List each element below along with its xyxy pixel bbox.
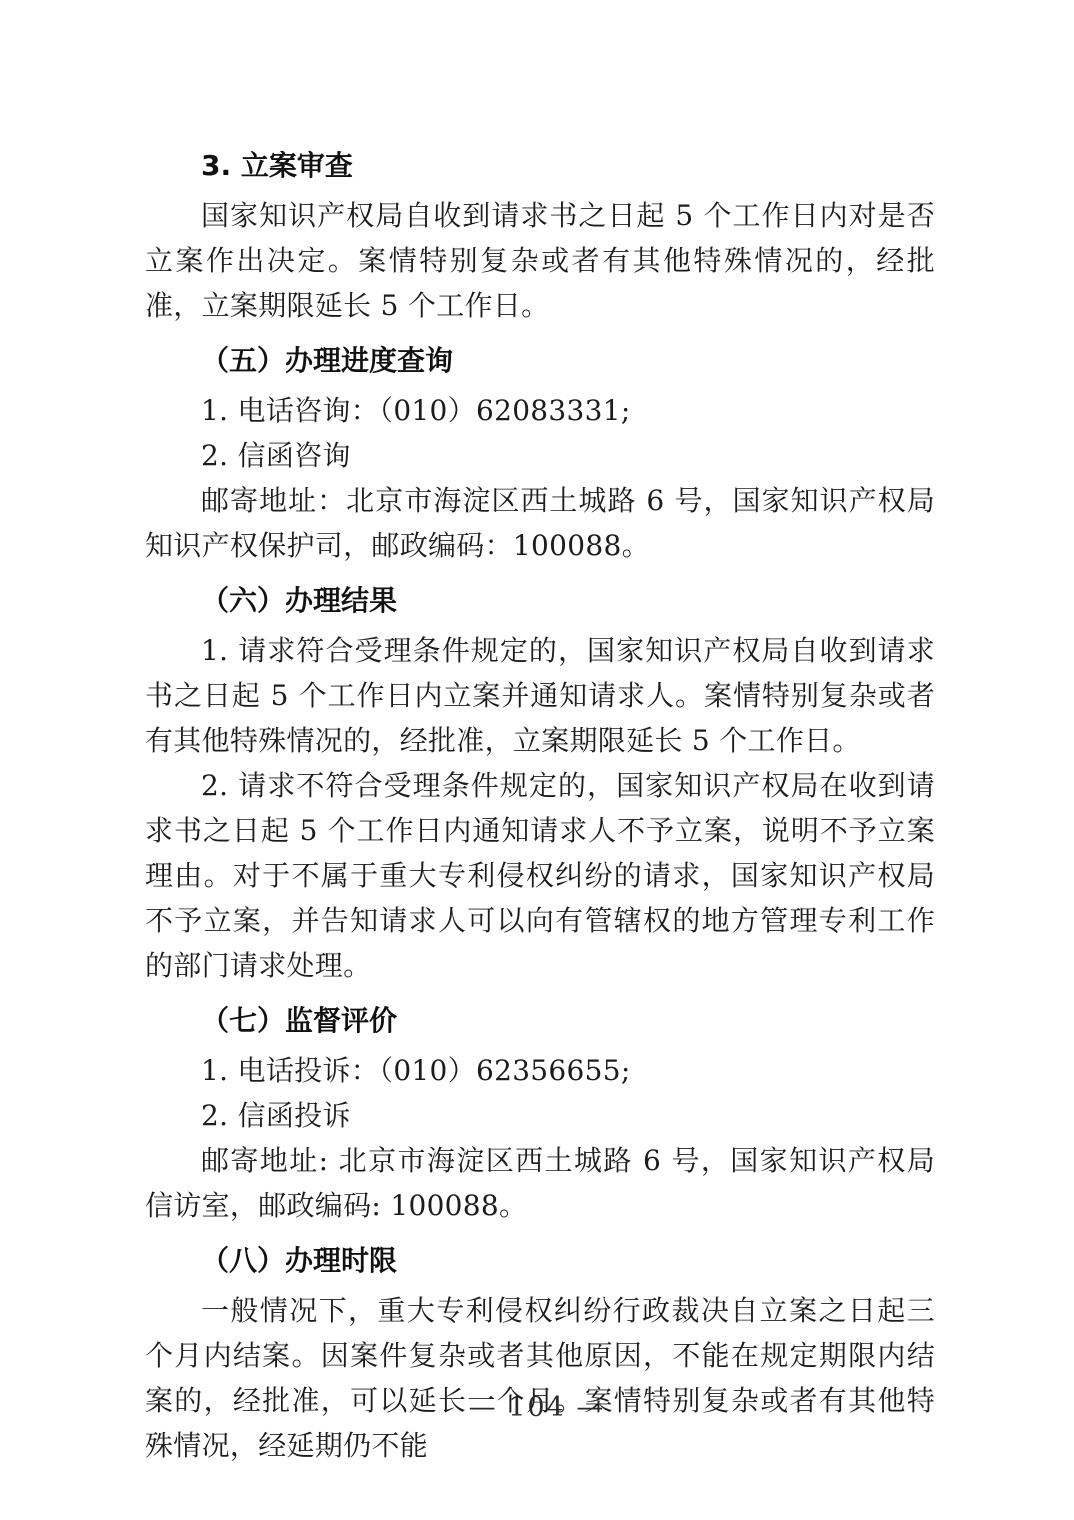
section-supervision-evaluation: （七）监督评价 1. 电话投诉：（010）62356655; 2. 信函投诉 邮…	[145, 998, 935, 1228]
section-heading: （六）办理结果	[145, 578, 935, 623]
section-case-filing-review: 3. 立案审查 国家知识产权局自收到请求书之日起 5 个工作日内对是否立案作出决…	[145, 143, 935, 328]
section-heading: （五）办理进度查询	[145, 338, 935, 383]
section-progress-inquiry: （五）办理进度查询 1. 电话咨询：（010）62083331; 2. 信函咨询…	[145, 338, 935, 568]
paragraph-letter-inquiry: 2. 信函咨询	[145, 433, 935, 478]
document-page: 3. 立案审查 国家知识产权局自收到请求书之日起 5 个工作日内对是否立案作出决…	[0, 0, 1074, 1520]
section-heading: （七）监督评价	[145, 998, 935, 1043]
section-heading: 3. 立案审查	[145, 143, 935, 188]
paragraph-mailing-address: 邮寄地址：北京市海淀区西土城路 6 号，国家知识产权局知识产权保护司，邮政编码：…	[145, 478, 935, 568]
page-number: — 104 —	[469, 1392, 606, 1423]
document-content: 3. 立案审查 国家知识产权局自收到请求书之日起 5 个工作日内对是否立案作出决…	[145, 143, 935, 1468]
paragraph-phone-complaint: 1. 电话投诉：（010）62356655;	[145, 1048, 935, 1093]
page-footer: — 104 —	[0, 1392, 1074, 1423]
paragraph: 2. 请求不符合受理条件规定的，国家知识产权局在收到请求书之日起 5 个工作日内…	[145, 763, 935, 988]
section-handling-time-limit: （八）办理时限 一般情况下，重大专利侵权纠纷行政裁决自立案之日起三个月内结案。因…	[145, 1238, 935, 1468]
paragraph: 国家知识产权局自收到请求书之日起 5 个工作日内对是否立案作出决定。案情特别复杂…	[145, 193, 935, 328]
paragraph: 一般情况下，重大专利侵权纠纷行政裁决自立案之日起三个月内结案。因案件复杂或者其他…	[145, 1288, 935, 1468]
paragraph: 1. 请求符合受理条件规定的，国家知识产权局自收到请求书之日起 5 个工作日内立…	[145, 628, 935, 763]
paragraph-mailing-address: 邮寄地址: 北京市海淀区西土城路 6 号，国家知识产权局信访室，邮政编码: 10…	[145, 1138, 935, 1228]
section-heading: （八）办理时限	[145, 1238, 935, 1283]
paragraph-phone-inquiry: 1. 电话咨询：（010）62083331;	[145, 388, 935, 433]
section-handling-result: （六）办理结果 1. 请求符合受理条件规定的，国家知识产权局自收到请求书之日起 …	[145, 578, 935, 988]
paragraph-letter-complaint: 2. 信函投诉	[145, 1093, 935, 1138]
